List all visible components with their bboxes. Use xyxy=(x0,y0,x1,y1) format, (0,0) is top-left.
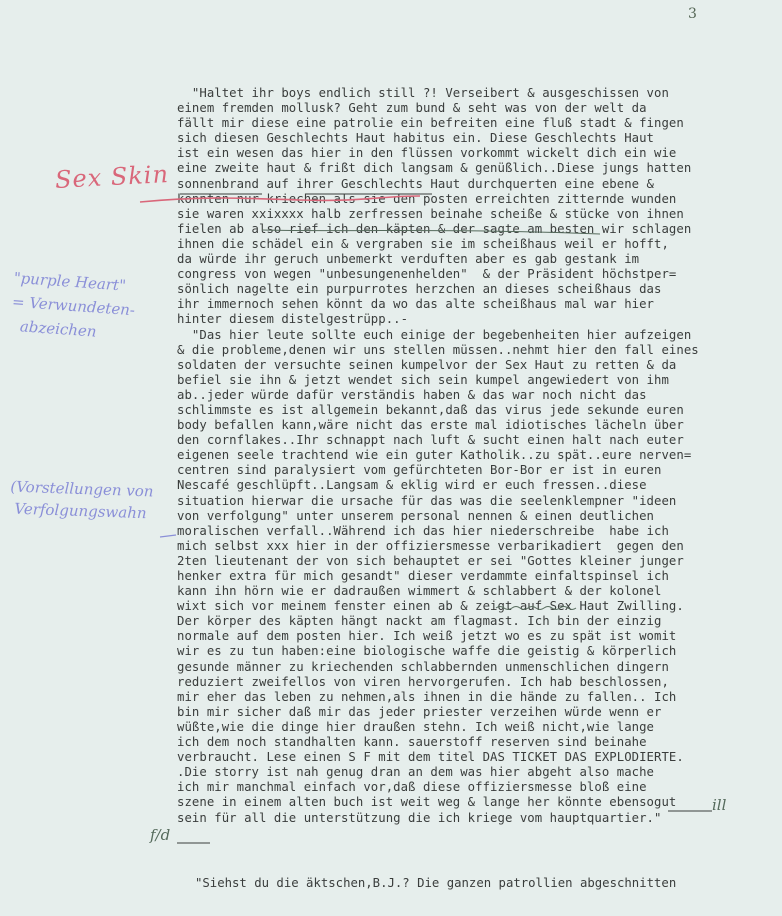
typescript-line: von verfolgung" unter unserem personal n… xyxy=(177,509,777,524)
typescript-line: mir eher das leben zu nehmen,als ihnen i… xyxy=(177,690,777,705)
typescript-line: den cornflakes..Ihr schnappt nach luft &… xyxy=(177,433,777,448)
typescript-line: eine zweite haut & frißt dich langsam & … xyxy=(177,161,777,176)
typescript-line: "Das hier leute sollte euch einige der b… xyxy=(177,328,777,343)
typescript-line: sich diesen Geschlechts Haut habitus ein… xyxy=(177,131,777,146)
typescript-line: fällt mir diese eine patrolie ein befrei… xyxy=(177,116,777,131)
typescript-line: reduziert zweifellos von viren hervorger… xyxy=(177,675,777,690)
typescript-line: wixt sich vor meinem fenster einen ab & … xyxy=(177,599,777,614)
typescript-line: szene in einem alten buch ist weit weg &… xyxy=(177,795,777,810)
typescript-body: "Haltet ihr boys endlich still ?! Versei… xyxy=(177,86,777,826)
typescript-line: bin mir sicher daß mir das jeder prieste… xyxy=(177,705,777,720)
typescript-line: gesunde männer zu kriechenden schlabbern… xyxy=(177,660,777,675)
typescript-line: soldaten der versuchte seinen kumpelvor … xyxy=(177,358,777,373)
typescript-line: normale auf dem posten hier. Ich weiß je… xyxy=(177,629,777,644)
typescript-line: einem fremden mollusk? Geht zum bund & s… xyxy=(177,101,777,116)
typescript-line: "Haltet ihr boys endlich still ?! Versei… xyxy=(177,86,777,101)
typescript-line: & die probleme,denen wir uns stellen müs… xyxy=(177,343,777,358)
typescript-line: henker extra für mich gesandt" dieser ve… xyxy=(177,569,777,584)
typescript-line: sönlich nagelte ein purpurrotes herzchen… xyxy=(177,282,777,297)
typescript-line: ist ein wesen das hier in den flüssen vo… xyxy=(177,146,777,161)
typescript-line: congress von wegen "unbesungenenhelden" … xyxy=(177,267,777,282)
blue-tick xyxy=(160,535,176,537)
typescript-line: mich selbst xxx hier in der offiziersmes… xyxy=(177,539,777,554)
typescript-line: verbraucht. Lese einen S F mit dem titel… xyxy=(177,750,777,765)
typescript-line: wir es zu tun haben:eine biologische waf… xyxy=(177,644,777,659)
margin-note-pencil-left: f/d xyxy=(150,826,170,844)
margin-note-red: Sex Skin xyxy=(54,160,169,194)
typescript-line: Nescafé geschlüpft..Langsam & eklig wird… xyxy=(177,478,777,493)
typescript-line: da würde ihr geruch unbemerkt verduften … xyxy=(177,252,777,267)
typescript-line: centren sind paralysiert vom gefürchtete… xyxy=(177,463,777,478)
typescript-line: ab..jeder würde dafür verständis haben &… xyxy=(177,388,777,403)
typescript-line: body befallen kann,wäre nicht das erste … xyxy=(177,418,777,433)
typescript-line: kann ihn hörn wie er dadraußen wimmert &… xyxy=(177,584,777,599)
typescript-line: eigenen seele trachtend wie ein guter Ka… xyxy=(177,448,777,463)
typescript-line: 2ten lieutenant der von sich behauptet e… xyxy=(177,554,777,569)
typescript-line: sein für all die unterstützung die ich k… xyxy=(177,811,777,826)
typescript-line: ihr immernoch sehen könnt da wo das alte… xyxy=(177,297,777,312)
typescript-line: konnten nur kriechen als sie den posten … xyxy=(177,192,777,207)
typescript-final-line: "Siehst du die äktschen,B.J.? Die ganzen… xyxy=(195,876,676,890)
typescript-line: .Die storry ist nah genug dran an dem wa… xyxy=(177,765,777,780)
typescript-line: sonnenbrand auf ihrer Geschlechts Haut d… xyxy=(177,177,777,192)
typescript-line: ich dem noch standhalten kann. sauerstof… xyxy=(177,735,777,750)
typescript-line: Der körper des käpten hängt nackt am fla… xyxy=(177,614,777,629)
typescript-line: ihnen die schädel ein & vergraben sie im… xyxy=(177,237,777,252)
margin-note-blue-purple-heart: "purple Heart" = Verwundeten- abzeichen xyxy=(10,266,138,346)
margin-note-pencil-right: ill xyxy=(712,796,726,814)
typescript-line: ich mir manchmal einfach vor,daß diese o… xyxy=(177,780,777,795)
typescript-line: sie waren xxixxxx halb zerfressen beinah… xyxy=(177,207,777,222)
typescript-line: fielen ab also rief ich den käpten & der… xyxy=(177,222,777,237)
typescript-line: situation hierwar die ursache für das wa… xyxy=(177,494,777,509)
typescript-line: schlimmste es ist allgemein bekannt,daß … xyxy=(177,403,777,418)
typescript-line: wüßte,wie die dinge hier draußen stehn. … xyxy=(177,720,777,735)
typescript-line: hinter diesem distelgestrüpp..- xyxy=(177,312,777,327)
typescript-line: befiel sie ihn & jetzt wendet sich sein … xyxy=(177,373,777,388)
typescript-line: moralischen verfall..Während ich das hie… xyxy=(177,524,777,539)
margin-note-blue-verfolgung: (Vorstellungen von Verfolgungswahn xyxy=(9,476,154,525)
page-number: 3 xyxy=(688,6,697,22)
